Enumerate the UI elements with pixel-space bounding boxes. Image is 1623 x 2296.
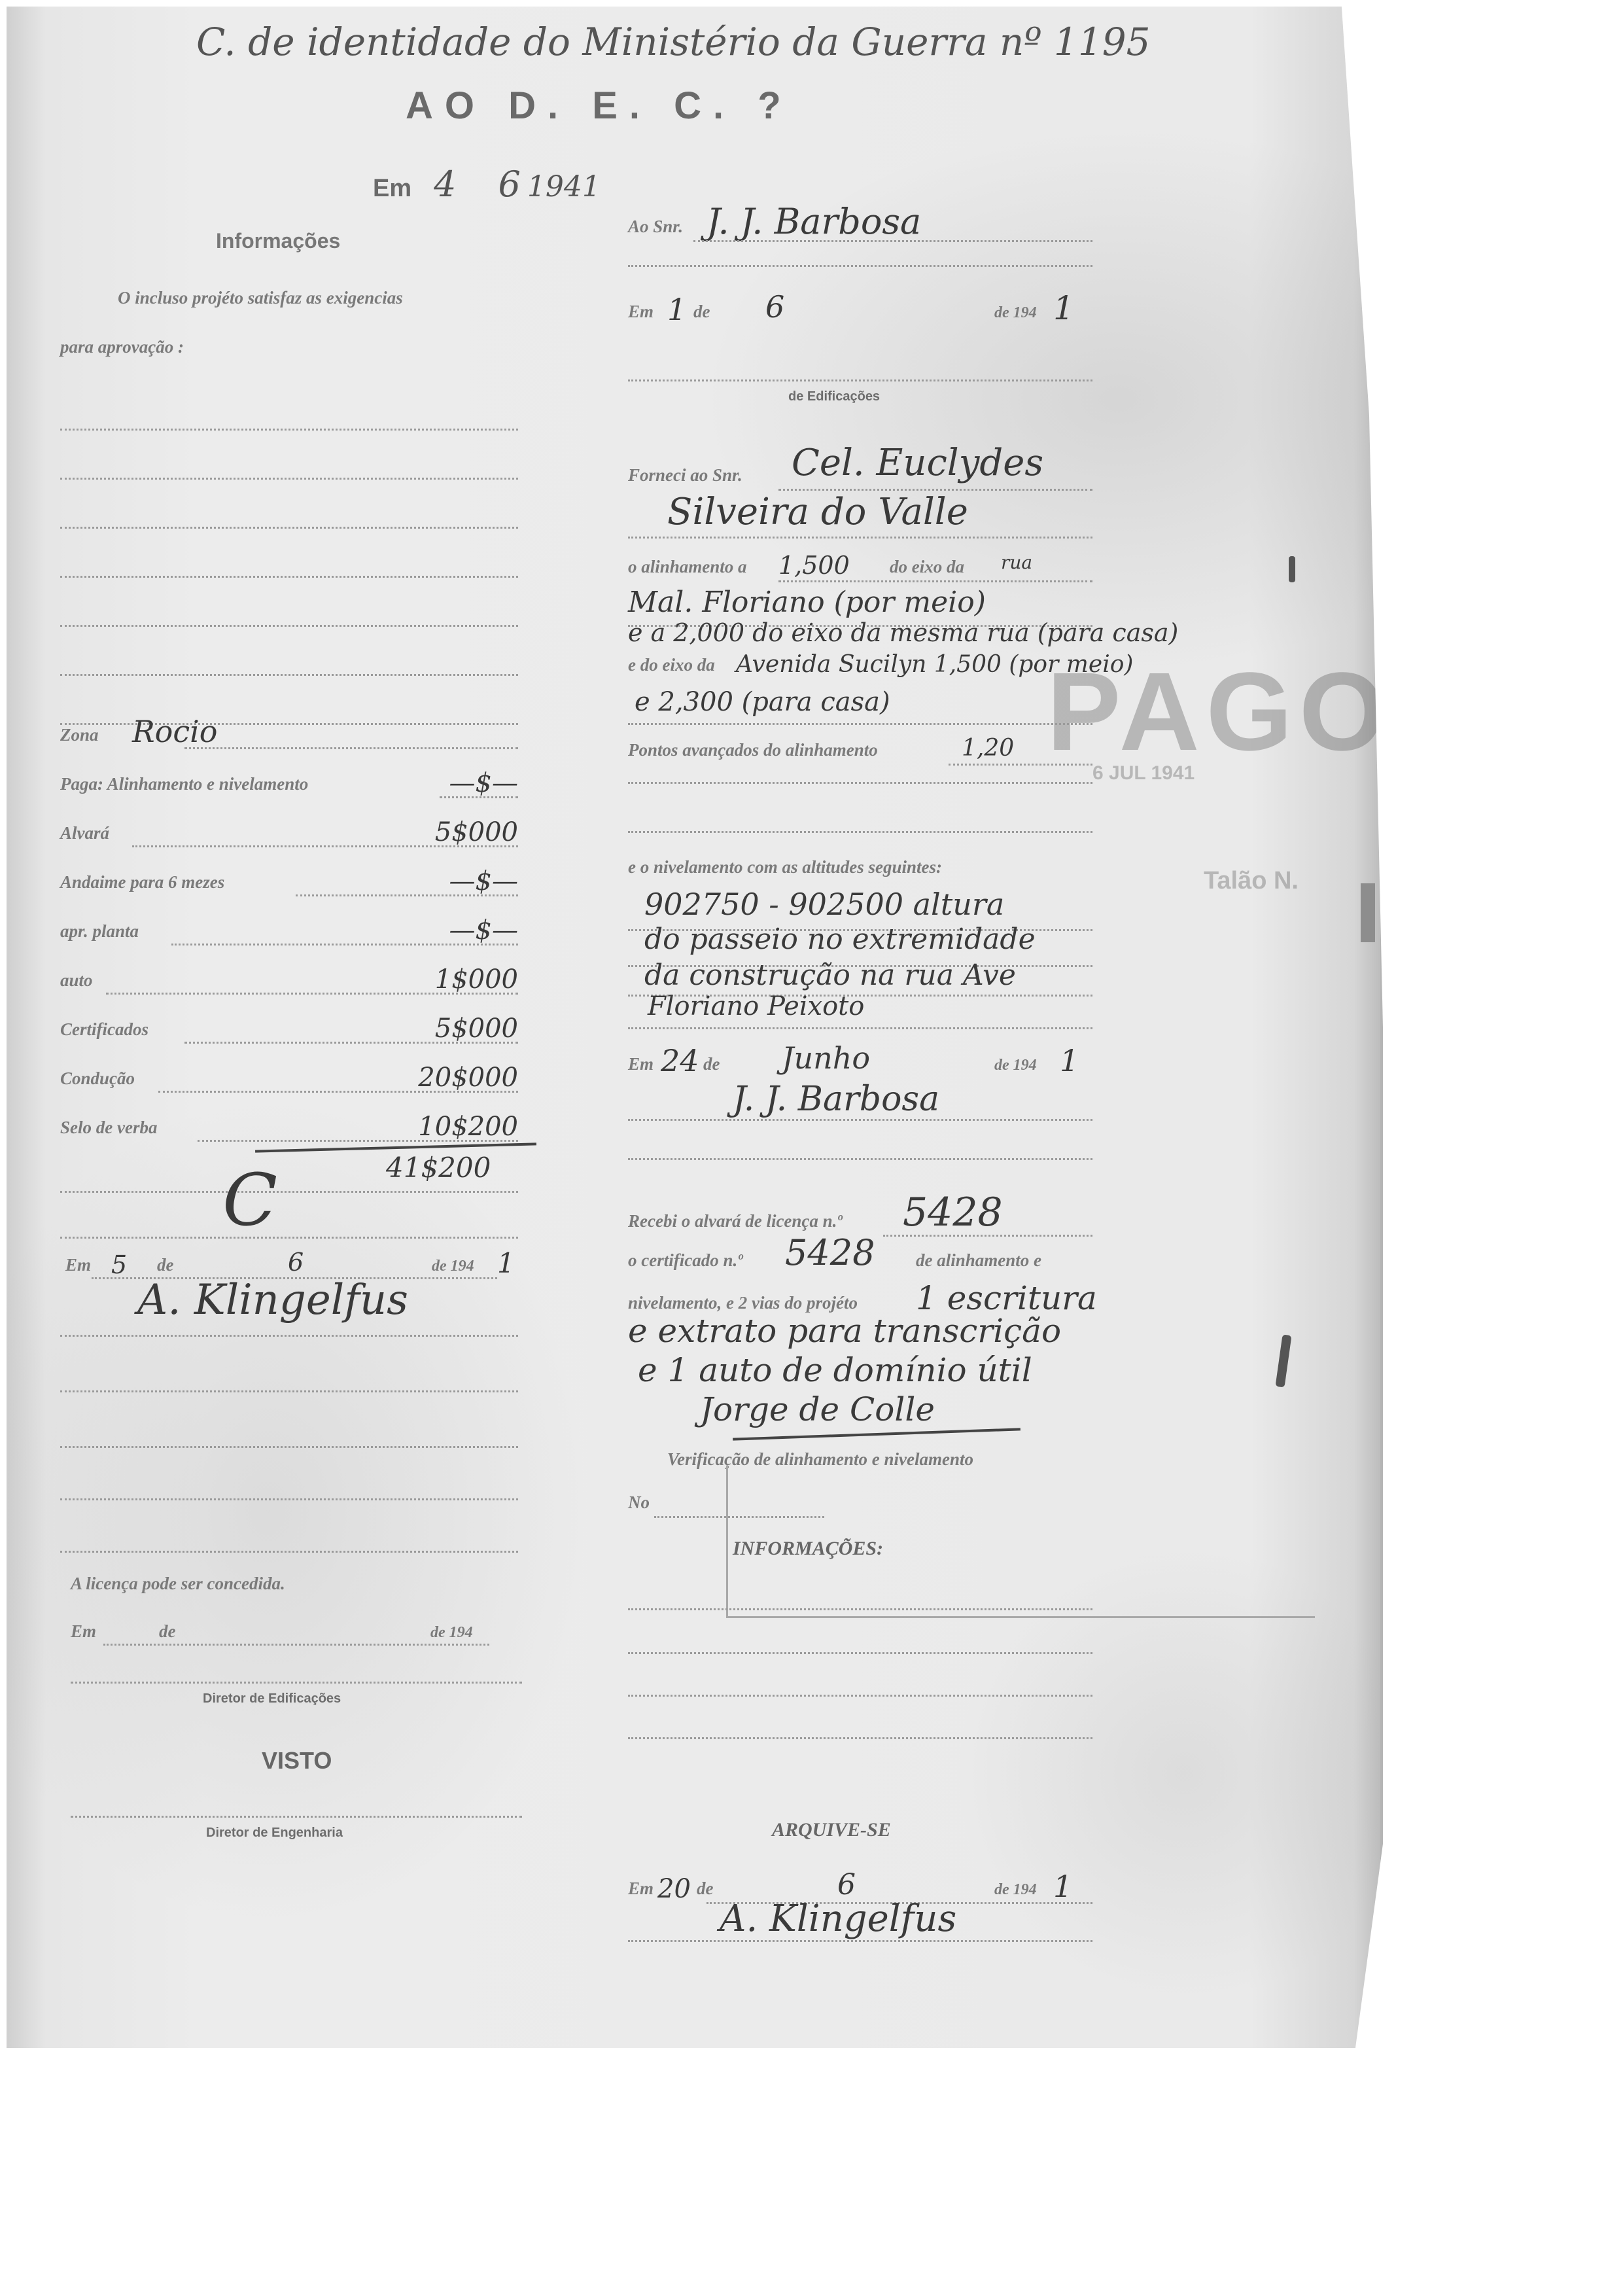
left-signed-date: Em 5 de 6 de 194 1 bbox=[65, 1246, 523, 1279]
nivelamento-line: 902750 - 902500 altura bbox=[644, 887, 1004, 922]
nivelamento-line: do passeio no extremidade bbox=[644, 923, 1036, 956]
margin-ink-mark bbox=[1276, 1334, 1292, 1387]
blank-line bbox=[60, 1551, 518, 1553]
blank-line bbox=[628, 723, 1092, 725]
text-value: e do eixo da bbox=[628, 655, 715, 675]
text-value: 24 bbox=[661, 1043, 699, 1078]
header-date: Em 4 6 1941 bbox=[373, 164, 601, 205]
text-value: 1 bbox=[667, 292, 686, 327]
margin-ink-mark bbox=[1289, 556, 1295, 582]
ao-snr-field: Ao Snr. J. J. Barbosa bbox=[628, 203, 1092, 242]
text-value: 5428 bbox=[785, 1232, 875, 1273]
text-value: Paga: Alinhamento e nivelamento bbox=[60, 774, 308, 794]
text-value: o alinhamento a bbox=[628, 557, 747, 577]
text-value: de bbox=[159, 1621, 175, 1642]
right-date-2: Em 24 de Junho de 194 1 bbox=[628, 1040, 1092, 1080]
text-value: No bbox=[628, 1492, 650, 1513]
alinhamento-line5: e 2,300 (para casa) bbox=[635, 687, 890, 717]
fee-row: Certificados5$000 bbox=[60, 1011, 518, 1044]
fee-row: Andaime para 6 mezes—$— bbox=[60, 864, 518, 896]
text-value: Em bbox=[628, 1054, 654, 1074]
text-value: 6 bbox=[498, 164, 521, 205]
fees-total: 41$200 bbox=[386, 1152, 491, 1184]
text-value: 1 bbox=[1053, 289, 1074, 327]
signature-klingelfus-2: A. Klingelfus bbox=[720, 1898, 956, 1940]
text-value: 6 bbox=[765, 289, 784, 325]
text-value: Ao Snr. bbox=[628, 217, 683, 237]
signature-underline bbox=[733, 1428, 1021, 1440]
text-value: —$— bbox=[449, 915, 518, 945]
fee-row: Alvará5$000 bbox=[60, 815, 518, 847]
text-value: 1,500 bbox=[778, 551, 850, 580]
blank-line bbox=[60, 1498, 518, 1500]
blank-line bbox=[60, 576, 518, 578]
text-value: 6 bbox=[837, 1868, 856, 1901]
text-value: Alvará bbox=[60, 823, 109, 843]
left-intro-line1: O incluso projéto satisfaz as exigencias bbox=[118, 288, 403, 308]
text-value: auto bbox=[60, 970, 93, 991]
text-value: de 194 bbox=[994, 1881, 1037, 1899]
text-value: 6 bbox=[288, 1248, 304, 1277]
text-value: Em bbox=[628, 1879, 654, 1899]
text-value: Selo de verba bbox=[60, 1118, 157, 1138]
text-value: 10$200 bbox=[418, 1112, 518, 1142]
text-value: apr. planta bbox=[60, 921, 139, 942]
zona-field: Zona Rocio bbox=[60, 716, 518, 749]
text-value: 20$000 bbox=[418, 1063, 518, 1093]
nivelamento-line: Floriano Peixoto bbox=[648, 991, 864, 1021]
alinhamento-line1: o alinhamento a 1,500 do eixo da rua bbox=[628, 550, 1092, 582]
blank-line bbox=[60, 429, 518, 431]
text-value: 5$000 bbox=[435, 1014, 518, 1044]
bleed-through-stamp-date: 6 JUL 1941 bbox=[1092, 762, 1195, 785]
text-value: 1$000 bbox=[435, 964, 518, 995]
forneci-field: Forneci ao Snr. Cel. Euclydes bbox=[628, 425, 1092, 491]
text-value: J. J. Barbosa bbox=[707, 201, 921, 242]
text-value: Zona bbox=[60, 725, 99, 745]
bleed-box-edge bbox=[726, 1466, 728, 1616]
signature-colle: Jorge de Colle bbox=[700, 1390, 935, 1428]
blank-line bbox=[628, 1119, 1092, 1121]
text-value: de alinhamento e bbox=[916, 1250, 1041, 1271]
fee-row: apr. planta—$— bbox=[60, 913, 518, 945]
header-handwritten-note: C. de identidade do Ministério da Guerra… bbox=[196, 20, 1151, 64]
signature-klingelfus: A. Klingelfus bbox=[137, 1276, 408, 1324]
director-engenharia-label: Diretor de Engenharia bbox=[206, 1826, 343, 1841]
alinhamento-line3: e a 2,000 do eixo da mesma rua (para cas… bbox=[628, 618, 1178, 647]
blank-line bbox=[628, 1940, 1092, 1942]
text-value: de 194 bbox=[430, 1624, 473, 1642]
alinhamento-line2: Mal. Floriano (por meio) bbox=[628, 586, 986, 619]
scanned-form-page: PAGO 6 JUL 1941 Talão N. C. de identidad… bbox=[7, 7, 1383, 2048]
right-date-1: Em 1 de 6 de 194 1 bbox=[628, 288, 1092, 327]
text-value: Rocio bbox=[132, 714, 218, 749]
text-value: Forneci ao Snr. bbox=[628, 465, 742, 486]
blank-line bbox=[60, 527, 518, 529]
nivelamento-line: da construção na rua Ave bbox=[644, 959, 1016, 992]
bleed-through-talao: Talão N. bbox=[1204, 867, 1299, 895]
blank-line bbox=[628, 1695, 1092, 1697]
text-value: de 194 bbox=[994, 1057, 1037, 1074]
fee-row: Selo de verba10$200 bbox=[60, 1109, 518, 1142]
page-edge-tab bbox=[1361, 883, 1375, 942]
text-value: Em bbox=[65, 1255, 91, 1275]
text-value: Em bbox=[628, 302, 654, 322]
blank-line bbox=[628, 1652, 1092, 1654]
blank-line bbox=[628, 1737, 1092, 1739]
blank-line bbox=[628, 1608, 1092, 1610]
de-edificacoes-label: de Edificações bbox=[788, 389, 880, 404]
initial-mark: C bbox=[222, 1158, 277, 1242]
text-value: de bbox=[693, 302, 710, 322]
text-value: Pontos avançados do alinhamento bbox=[628, 740, 878, 760]
blank-line bbox=[60, 625, 518, 627]
blank-line bbox=[628, 831, 1092, 833]
director-signature-line bbox=[71, 1816, 522, 1818]
bleed-box-edge bbox=[726, 1616, 1315, 1618]
blank-line bbox=[60, 1237, 518, 1239]
text-value: 1 bbox=[497, 1247, 515, 1279]
text-value: 1941 bbox=[527, 170, 601, 203]
text-value: —$— bbox=[449, 768, 518, 798]
left-intro-line2: para aprovação : bbox=[60, 337, 184, 357]
text-value: de bbox=[157, 1255, 173, 1275]
blank-line bbox=[628, 782, 1092, 784]
text-value: nivelamento, e 2 vias do projéto bbox=[628, 1293, 858, 1313]
text-value: de 194 bbox=[994, 304, 1037, 322]
text-value: Cel. Euclydes bbox=[792, 442, 1043, 484]
director-edificacoes-label: Diretor de Edificações bbox=[203, 1691, 341, 1706]
text-value: do eixo da bbox=[890, 557, 964, 577]
fee-row: Paga: Alinhamento e nivelamento—$— bbox=[60, 766, 518, 798]
blank-line bbox=[60, 1335, 518, 1337]
blank-line bbox=[628, 1027, 1092, 1029]
text-value: Condução bbox=[60, 1069, 135, 1089]
blank-line bbox=[60, 478, 518, 480]
informacoes-caps: INFORMAÇÕES: bbox=[733, 1538, 883, 1560]
license-text: A licença pode ser concedida. bbox=[71, 1574, 285, 1594]
text-value: 1 bbox=[1053, 1869, 1072, 1904]
text-value: 5428 bbox=[903, 1190, 1003, 1235]
text-value: —$— bbox=[449, 866, 518, 896]
fee-row: auto1$000 bbox=[60, 962, 518, 995]
text-value: de bbox=[703, 1054, 720, 1074]
text-value: 20 bbox=[657, 1874, 691, 1904]
blank-line bbox=[628, 380, 1092, 381]
blank-line bbox=[628, 1158, 1092, 1160]
text-value: Em bbox=[71, 1621, 96, 1642]
text-value: Avenida Sucilyn 1,500 (por meio) bbox=[736, 651, 1133, 678]
text-value: 5 bbox=[111, 1250, 127, 1279]
text-value: Junho bbox=[782, 1040, 870, 1076]
director-signature-line bbox=[71, 1682, 522, 1684]
verificacao-label: Verificação de alinhamento e nivelamento bbox=[667, 1449, 973, 1470]
text-value: Em bbox=[373, 175, 411, 202]
text-value: 5$000 bbox=[435, 817, 518, 847]
recebi-extra2: e extrato para transcrição bbox=[628, 1312, 1061, 1350]
text-value: Andaime para 6 mezes bbox=[60, 872, 224, 892]
blank-line bbox=[628, 265, 1092, 267]
blank-line bbox=[628, 537, 1092, 539]
left-title: Informações bbox=[216, 229, 340, 253]
license-date: Em de de 194 bbox=[71, 1613, 522, 1646]
text-value: Recebi o alvará de licença n.º bbox=[628, 1211, 843, 1231]
signature-barbosa: J. J. Barbosa bbox=[733, 1080, 939, 1119]
text-value: de bbox=[697, 1879, 713, 1899]
alinhamento-line4: e do eixo da Avenida Sucilyn 1,500 (por … bbox=[628, 648, 1217, 680]
blank-line bbox=[60, 1390, 518, 1392]
text-value: Certificados bbox=[60, 1019, 148, 1040]
visto-label: VISTO bbox=[262, 1747, 332, 1775]
blank-line bbox=[60, 1446, 518, 1448]
pontos-field: Pontos avançados do alinhamento 1,20 bbox=[628, 733, 1092, 766]
fee-row: Condução20$000 bbox=[60, 1060, 518, 1093]
text-value: rua bbox=[1001, 552, 1032, 573]
text-value: 4 bbox=[434, 164, 456, 205]
text-value: 1 bbox=[1060, 1043, 1079, 1078]
certificado-field: o certificado n.º 5428 de alinhamento e bbox=[628, 1230, 1092, 1276]
arquive-se-label: ARQUIVE-SE bbox=[772, 1819, 891, 1841]
text-value: de 194 bbox=[432, 1258, 474, 1275]
blank-line bbox=[60, 674, 518, 676]
blank-line bbox=[60, 1191, 518, 1193]
text-value: 1,20 bbox=[962, 735, 1014, 762]
recebi-extra3: e 1 auto de domínio útil bbox=[638, 1351, 1032, 1389]
forneci-line2: Silveira do Valle bbox=[667, 491, 968, 533]
text-value: o certificado n.º bbox=[628, 1250, 742, 1271]
nivelamento-label: e o nivelamento com as altitudes seguint… bbox=[628, 857, 942, 877]
header-stamp: AO D. E. C. ? bbox=[406, 84, 793, 128]
